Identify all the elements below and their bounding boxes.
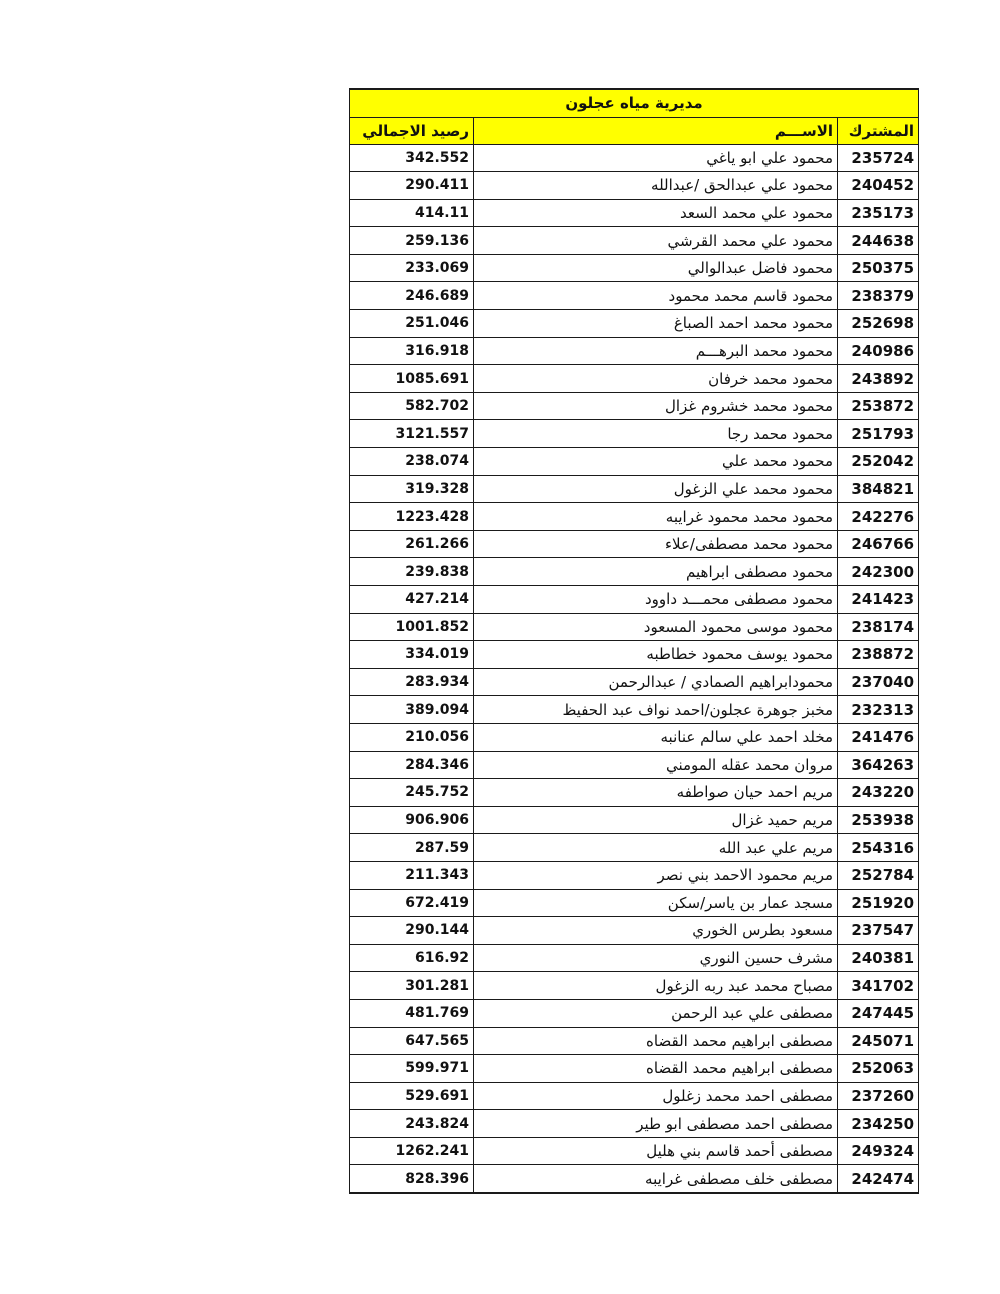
table-row: 244638محمود علي محمد القرشي259.136	[350, 227, 919, 255]
table-row: 242474مصطفى خلف مصطفى غرايبه828.396	[350, 1165, 919, 1193]
subscriber-name-cell: محمود محمد خرفان	[474, 365, 838, 393]
subscriber-id-cell: 251920	[838, 889, 919, 917]
table-row: 238174محمود موسى محمود المسعود1001.852	[350, 613, 919, 641]
balance-cell: 616.92	[350, 944, 474, 972]
table-row: 250375محمود فاضل عبدالوالي233.069	[350, 254, 919, 282]
table-row: 240986محمود محمد البرهـــم316.918	[350, 337, 919, 365]
balance-cell: 342.552	[350, 144, 474, 172]
subscriber-name-cell: مصطفى أحمد قاسم بني هليل	[474, 1137, 838, 1165]
table-row: 251793محمود محمد رجا3121.557	[350, 420, 919, 448]
subscriber-id-cell: 250375	[838, 254, 919, 282]
subscriber-name-cell: مصطفى علي عبد الرحمن	[474, 999, 838, 1027]
subscriber-name-cell: محمود موسى محمود المسعود	[474, 613, 838, 641]
balance-cell: 529.691	[350, 1082, 474, 1110]
title-row: مديرية مياه عجلون	[350, 89, 919, 117]
subscriber-name-cell: مروان محمد عقله المومني	[474, 751, 838, 779]
table-row: 254316مريم علي عبد الله287.59	[350, 834, 919, 862]
subscriber-name-cell: محمود علي ابو ياغي	[474, 144, 838, 172]
balance-cell: 290.144	[350, 917, 474, 945]
subscriber-id-cell: 237040	[838, 668, 919, 696]
subscriber-id-cell: 364263	[838, 751, 919, 779]
table-row: 245071مصطفى ابراهيم محمد القضاه647.565	[350, 1027, 919, 1055]
balance-cell: 582.702	[350, 392, 474, 420]
subscriber-name-cell: محمود قاسم محمد محمود	[474, 282, 838, 310]
table-row: 241423محمود مصطفى محمـــد داوود427.214	[350, 586, 919, 614]
subscriber-name-cell: محمودابراهيم الصمادي / عبدالرحمن	[474, 668, 838, 696]
subscriber-id-cell: 243892	[838, 365, 919, 393]
subscriber-name-cell: مشرف حسين النوري	[474, 944, 838, 972]
table-row: 252698محمود محمد احمد الصباغ251.046	[350, 310, 919, 338]
column-header-balance: رصيد الاجمالي	[350, 117, 474, 144]
table-row: 241476مخلد احمد علي سالم عنانبه210.056	[350, 723, 919, 751]
subscriber-name-cell: مخبز جوهرة عجلون/احمد نواف عبد الحفيظ	[474, 696, 838, 724]
balance-cell: 287.59	[350, 834, 474, 862]
balance-cell: 319.328	[350, 475, 474, 503]
subscriber-id-cell: 246766	[838, 530, 919, 558]
table-row: 253938مريم حميد غزال906.906	[350, 806, 919, 834]
table-body: 235724محمود علي ابو ياغي342.552240452محم…	[350, 144, 919, 1193]
balance-cell: 211.343	[350, 861, 474, 889]
subscriber-id-cell: 242276	[838, 503, 919, 531]
table-row: 246766محمود محمد مصطفى/علاء261.266	[350, 530, 919, 558]
balance-cell: 290.411	[350, 172, 474, 200]
subscriber-id-cell: 251793	[838, 420, 919, 448]
table-row: 237040محمودابراهيم الصمادي / عبدالرحمن28…	[350, 668, 919, 696]
balance-cell: 284.346	[350, 751, 474, 779]
balance-cell: 389.094	[350, 696, 474, 724]
balance-cell: 647.565	[350, 1027, 474, 1055]
subscriber-name-cell: مريم علي عبد الله	[474, 834, 838, 862]
balance-cell: 1223.428	[350, 503, 474, 531]
subscriber-id-cell: 249324	[838, 1137, 919, 1165]
balance-cell: 261.266	[350, 530, 474, 558]
subscriber-id-cell: 235724	[838, 144, 919, 172]
balance-cell: 283.934	[350, 668, 474, 696]
balance-cell: 243.824	[350, 1110, 474, 1138]
subscriber-name-cell: مخلد احمد علي سالم عنانبه	[474, 723, 838, 751]
table-row: 240452محمود علي عبدالحق /عبدالله290.411	[350, 172, 919, 200]
table-row: 384821محمود محمد علي الزغول319.328	[350, 475, 919, 503]
subscriber-name-cell: محمود يوسف محمود خطاطبه	[474, 641, 838, 669]
table-row: 252784مريم محمود الاحمد بني نصر211.343	[350, 861, 919, 889]
subscriber-name-cell: مريم احمد حيان صواطفه	[474, 779, 838, 807]
subscriber-name-cell: محمود محمد محمود غرايبه	[474, 503, 838, 531]
balance-cell: 301.281	[350, 972, 474, 1000]
table-row: 242276محمود محمد محمود غرايبه1223.428	[350, 503, 919, 531]
table-row: 251920مسجد عمار بن ياسر/سكن672.419	[350, 889, 919, 917]
subscriber-name-cell: محمود محمد البرهـــم	[474, 337, 838, 365]
table-row: 252063مصطفى ابراهيم محمد القضاه599.971	[350, 1055, 919, 1083]
subscriber-id-cell: 384821	[838, 475, 919, 503]
balance-cell: 233.069	[350, 254, 474, 282]
subscriber-name-cell: مصطفى خلف مصطفى غرايبه	[474, 1165, 838, 1193]
balance-cell: 246.689	[350, 282, 474, 310]
subscriber-name-cell: محمود علي محمد السعد	[474, 199, 838, 227]
table-row: 253872محمود محمد خشروم غزال582.702	[350, 392, 919, 420]
subscriber-name-cell: مسجد عمار بن ياسر/سكن	[474, 889, 838, 917]
balance-cell: 414.11	[350, 199, 474, 227]
subscriber-id-cell: 240452	[838, 172, 919, 200]
subscriber-id-cell: 341702	[838, 972, 919, 1000]
column-header-subscriber: المشترك	[838, 117, 919, 144]
balance-cell: 1085.691	[350, 365, 474, 393]
table-row: 364263مروان محمد عقله المومني284.346	[350, 751, 919, 779]
subscriber-name-cell: مصطفى احمد محمد زغلول	[474, 1082, 838, 1110]
subscriber-name-cell: محمود علي محمد القرشي	[474, 227, 838, 255]
subscriber-name-cell: محمود مصطفى ابراهيم	[474, 558, 838, 586]
balance-cell: 334.019	[350, 641, 474, 669]
subscriber-name-cell: محمود محمد علي الزغول	[474, 475, 838, 503]
subscriber-id-cell: 238872	[838, 641, 919, 669]
subscriber-id-cell: 240986	[838, 337, 919, 365]
subscriber-name-cell: محمود فاضل عبدالوالي	[474, 254, 838, 282]
table-row: 238872محمود يوسف محمود خطاطبه334.019	[350, 641, 919, 669]
subscriber-balance-sheet: مديرية مياه عجلون المشترك الاســـم رصيد …	[349, 88, 918, 1194]
subscriber-name-cell: مصطفى احمد مصطفى ابو طير	[474, 1110, 838, 1138]
table-row: 242300محمود مصطفى ابراهيم239.838	[350, 558, 919, 586]
subscriber-name-cell: محمود علي عبدالحق /عبدالله	[474, 172, 838, 200]
balance-cell: 427.214	[350, 586, 474, 614]
subscriber-name-cell: محمود محمد مصطفى/علاء	[474, 530, 838, 558]
subscriber-id-cell: 242474	[838, 1165, 919, 1193]
balance-cell: 828.396	[350, 1165, 474, 1193]
balance-cell: 1262.241	[350, 1137, 474, 1165]
subscriber-id-cell: 241423	[838, 586, 919, 614]
subscriber-id-cell: 241476	[838, 723, 919, 751]
subscriber-id-cell: 234250	[838, 1110, 919, 1138]
subscriber-id-cell: 237547	[838, 917, 919, 945]
subscriber-name-cell: مسعود بطرس الخوري	[474, 917, 838, 945]
balance-cell: 259.136	[350, 227, 474, 255]
table-row: 240381مشرف حسين النوري616.92	[350, 944, 919, 972]
balance-cell: 481.769	[350, 999, 474, 1027]
balance-cell: 599.971	[350, 1055, 474, 1083]
table-row: 247445مصطفى علي عبد الرحمن481.769	[350, 999, 919, 1027]
subscriber-name-cell: محمود مصطفى محمـــد داوود	[474, 586, 838, 614]
balance-cell: 245.752	[350, 779, 474, 807]
table-row: 235173محمود علي محمد السعد414.11	[350, 199, 919, 227]
subscriber-name-cell: محمود محمد خشروم غزال	[474, 392, 838, 420]
subscriber-id-cell: 237260	[838, 1082, 919, 1110]
balance-cell: 210.056	[350, 723, 474, 751]
table-row: 243220مريم احمد حيان صواطفه245.752	[350, 779, 919, 807]
subscriber-id-cell: 252063	[838, 1055, 919, 1083]
table-row: 237547مسعود بطرس الخوري290.144	[350, 917, 919, 945]
subscriber-id-cell: 252042	[838, 448, 919, 476]
subscriber-id-cell: 238174	[838, 613, 919, 641]
subscriber-id-cell: 235173	[838, 199, 919, 227]
table-row: 252042محمود محمد علي238.074	[350, 448, 919, 476]
balance-cell: 238.074	[350, 448, 474, 476]
balance-cell: 672.419	[350, 889, 474, 917]
subscriber-id-cell: 232313	[838, 696, 919, 724]
subscriber-id-cell: 240381	[838, 944, 919, 972]
subscriber-name-cell: محمود محمد رجا	[474, 420, 838, 448]
table-row: 249324مصطفى أحمد قاسم بني هليل1262.241	[350, 1137, 919, 1165]
balance-table: مديرية مياه عجلون المشترك الاســـم رصيد …	[349, 88, 919, 1194]
subscriber-id-cell: 244638	[838, 227, 919, 255]
table-row: 238379محمود قاسم محمد محمود246.689	[350, 282, 919, 310]
subscriber-name-cell: محمود محمد احمد الصباغ	[474, 310, 838, 338]
subscriber-name-cell: مصباح محمد عبد ربه الزغول	[474, 972, 838, 1000]
balance-cell: 239.838	[350, 558, 474, 586]
subscriber-id-cell: 247445	[838, 999, 919, 1027]
balance-cell: 251.046	[350, 310, 474, 338]
table-row: 232313مخبز جوهرة عجلون/احمد نواف عبد الح…	[350, 696, 919, 724]
subscriber-id-cell: 253938	[838, 806, 919, 834]
balance-cell: 316.918	[350, 337, 474, 365]
table-row: 235724محمود علي ابو ياغي342.552	[350, 144, 919, 172]
subscriber-id-cell: 252784	[838, 861, 919, 889]
subscriber-name-cell: محمود محمد علي	[474, 448, 838, 476]
column-header-name: الاســـم	[474, 117, 838, 144]
balance-cell: 3121.557	[350, 420, 474, 448]
subscriber-name-cell: مصطفى ابراهيم محمد القضاه	[474, 1055, 838, 1083]
table-row: 237260مصطفى احمد محمد زغلول529.691	[350, 1082, 919, 1110]
subscriber-name-cell: مريم حميد غزال	[474, 806, 838, 834]
subscriber-name-cell: مصطفى ابراهيم محمد القضاه	[474, 1027, 838, 1055]
header-row: المشترك الاســـم رصيد الاجمالي	[350, 117, 919, 144]
subscriber-id-cell: 243220	[838, 779, 919, 807]
subscriber-id-cell: 252698	[838, 310, 919, 338]
subscriber-id-cell: 242300	[838, 558, 919, 586]
subscriber-id-cell: 238379	[838, 282, 919, 310]
subscriber-id-cell: 254316	[838, 834, 919, 862]
balance-cell: 1001.852	[350, 613, 474, 641]
sheet-title: مديرية مياه عجلون	[350, 89, 919, 117]
table-row: 243892محمود محمد خرفان1085.691	[350, 365, 919, 393]
subscriber-id-cell: 253872	[838, 392, 919, 420]
subscriber-id-cell: 245071	[838, 1027, 919, 1055]
balance-cell: 906.906	[350, 806, 474, 834]
subscriber-name-cell: مريم محمود الاحمد بني نصر	[474, 861, 838, 889]
table-row: 341702مصباح محمد عبد ربه الزغول301.281	[350, 972, 919, 1000]
table-row: 234250مصطفى احمد مصطفى ابو طير243.824	[350, 1110, 919, 1138]
